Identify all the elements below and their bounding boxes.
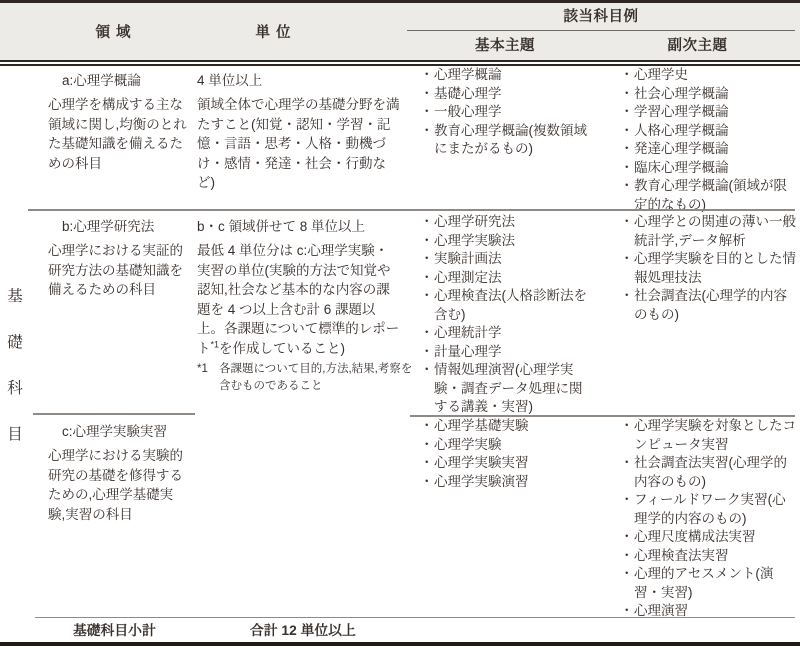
basic-subject-item: 心理学概論 bbox=[420, 66, 592, 85]
row-b-footnote: *1各課題について目的,方法,結果,考察を含むものであること bbox=[197, 361, 419, 394]
row-a-basic-subjects: 心理学概論基礎心理学一般心理学教育心理学概論(複数領域にまたがるもの) bbox=[420, 66, 592, 159]
basic-subject-item: 心理学実験実習 bbox=[420, 454, 592, 473]
row-a-area-desc: 心理学を構成する主な領域に関し,均衡のとれた基礎知識を備えるための科目 bbox=[48, 95, 188, 173]
subtotal-value: 合計 12 単位以上 bbox=[250, 621, 356, 641]
column-header-subjects-group: 該当科目例 bbox=[407, 7, 795, 27]
secondary-subject-item: フィールドワーク実習(心理学的内容のもの) bbox=[620, 491, 798, 528]
secondary-subject-item: 心理学実験を対象としたコンピュータ実習 bbox=[620, 417, 798, 454]
row-b-unit-desc-text: 最低 4 単位分は c:心理学実験・実習の単位(実験的方法で知覚や認知,社会など… bbox=[197, 243, 399, 356]
secondary-subject-item: 発達心理学概論 bbox=[620, 140, 798, 159]
basic-subject-item: 計量心理学 bbox=[420, 343, 592, 362]
row-b-unit-desc: 最低 4 単位分は c:心理学実験・実習の単位(実験的方法で知覚や認知,社会など… bbox=[197, 241, 401, 358]
secondary-subject-item: 社会調査法(心理学的内容のもの) bbox=[620, 287, 798, 324]
row-c-basic-subjects: 心理学基礎実験心理学実験心理学実験実習心理学実験演習 bbox=[420, 417, 592, 491]
basic-subject-item: 基礎心理学 bbox=[420, 85, 592, 104]
curriculum-table: 領 域 単 位 該当科目例 基本主題 副次主題 基礎科目 a:心理学概論 心理学… bbox=[0, 0, 800, 651]
secondary-subject-item: 心理学史 bbox=[620, 66, 798, 85]
column-header-unit: 単 位 bbox=[167, 23, 380, 43]
secondary-subject-item: 心理検査法実習 bbox=[620, 547, 798, 566]
table-header: 領 域 単 位 該当科目例 基本主題 副次主題 bbox=[0, 3, 800, 60]
footnote-reference: *1 bbox=[211, 339, 220, 349]
basic-subject-item: 一般心理学 bbox=[420, 103, 592, 122]
row-b-area-title: b:心理学研究法 bbox=[62, 217, 154, 237]
divider-row-a-b bbox=[28, 209, 795, 211]
secondary-subject-item: 社会調査法実習(心理学的内容のもの) bbox=[620, 454, 798, 491]
row-b-basic-subjects: 心理学研究法心理学実験法実験計画法心理測定法心理検査法(人格診断法を含む)心理統… bbox=[420, 213, 592, 417]
divider-row-b-c-left bbox=[33, 413, 195, 415]
secondary-subject-item: 心理学実験を目的とした情報処理技法 bbox=[620, 250, 798, 287]
column-header-secondary: 副次主題 bbox=[600, 36, 795, 56]
secondary-subject-item: 人格心理学概論 bbox=[620, 122, 798, 141]
sidebar-char: 科 bbox=[7, 376, 23, 398]
basic-subject-item: 心理学実験法 bbox=[420, 232, 592, 251]
row-c-area-desc: 心理学における実験的研究の基礎を修得するための,心理学基礎実験,実習の科目 bbox=[48, 446, 188, 524]
row-a-area-title: a:心理学概論 bbox=[62, 71, 141, 91]
basic-subject-item: 心理学基礎実験 bbox=[420, 417, 592, 436]
basic-subject-item: 情報処理演習(心理学実験・調査データ処理に関する講義・実習) bbox=[420, 361, 592, 417]
row-c-secondary-subjects: 心理学実験を対象としたコンピュータ実習社会調査法実習(心理学的内容のもの)フィー… bbox=[620, 417, 798, 621]
basic-subject-item: 心理統計学 bbox=[420, 324, 592, 343]
basic-subject-item: 心理学研究法 bbox=[420, 213, 592, 232]
divider-header-double-top bbox=[0, 60, 800, 62]
row-b-secondary-subjects: 心理学との関連の薄い一般統計学,データ解析心理学実験を目的とした情報処理技法社会… bbox=[620, 213, 798, 324]
secondary-subject-item: 臨床心理学概論 bbox=[620, 159, 798, 178]
divider-subjects-group bbox=[407, 30, 795, 31]
basic-subject-item: 実験計画法 bbox=[420, 250, 592, 269]
sidebar-char: 礎 bbox=[7, 330, 23, 352]
secondary-subject-item: 学習心理学概論 bbox=[620, 103, 798, 122]
row-a-secondary-subjects: 心理学史社会心理学概論学習心理学概論人格心理学概論発達心理学概論臨床心理学概論教… bbox=[620, 66, 798, 214]
row-a-unit-desc: 領域全体で心理学の基礎分野を満たすこと(知覚・認知・学習・記憶・言語・思考・人格… bbox=[197, 95, 401, 193]
sidebar-char: 基 bbox=[7, 284, 23, 306]
basic-subject-item: 教育心理学概論(複数領域にまたがるもの) bbox=[420, 122, 592, 159]
basic-subject-item: 心理学実験 bbox=[420, 436, 592, 455]
divider-subtotal bbox=[35, 617, 795, 618]
secondary-subject-item: 心理的アセスメント(演習・実習) bbox=[620, 565, 798, 602]
basic-subject-item: 心理測定法 bbox=[420, 269, 592, 288]
sidebar-char: 目 bbox=[7, 422, 23, 444]
row-group-label: 基礎科目 bbox=[0, 284, 30, 444]
secondary-subject-item: 社会心理学概論 bbox=[620, 85, 798, 104]
basic-subject-item: 心理検査法(人格診断法を含む) bbox=[420, 287, 592, 324]
footnote-marker: *1 bbox=[197, 361, 208, 378]
row-a-unit-title: 4 単位以上 bbox=[197, 71, 262, 91]
row-b-unit-title: b・c 領域併せて 8 単位以上 bbox=[197, 217, 365, 237]
row-b-area-desc: 心理学における実証的研究方法の基礎知識を備えるための科目 bbox=[48, 241, 188, 300]
subtotal-label: 基礎科目小計 bbox=[73, 621, 156, 641]
secondary-subject-item: 心理尺度構成法実習 bbox=[620, 528, 798, 547]
row-c-area-title: c:心理学実験実習 bbox=[62, 422, 167, 442]
basic-subject-item: 心理学実験演習 bbox=[420, 473, 592, 492]
row-b-unit-desc-tail: を作成していること) bbox=[219, 341, 345, 356]
footnote-text: 各課題について目的,方法,結果,考察を含むものであること bbox=[219, 363, 412, 392]
divider-bottom bbox=[0, 642, 800, 646]
secondary-subject-item: 心理学との関連の薄い一般統計学,データ解析 bbox=[620, 213, 798, 250]
column-header-basic: 基本主題 bbox=[410, 36, 600, 56]
